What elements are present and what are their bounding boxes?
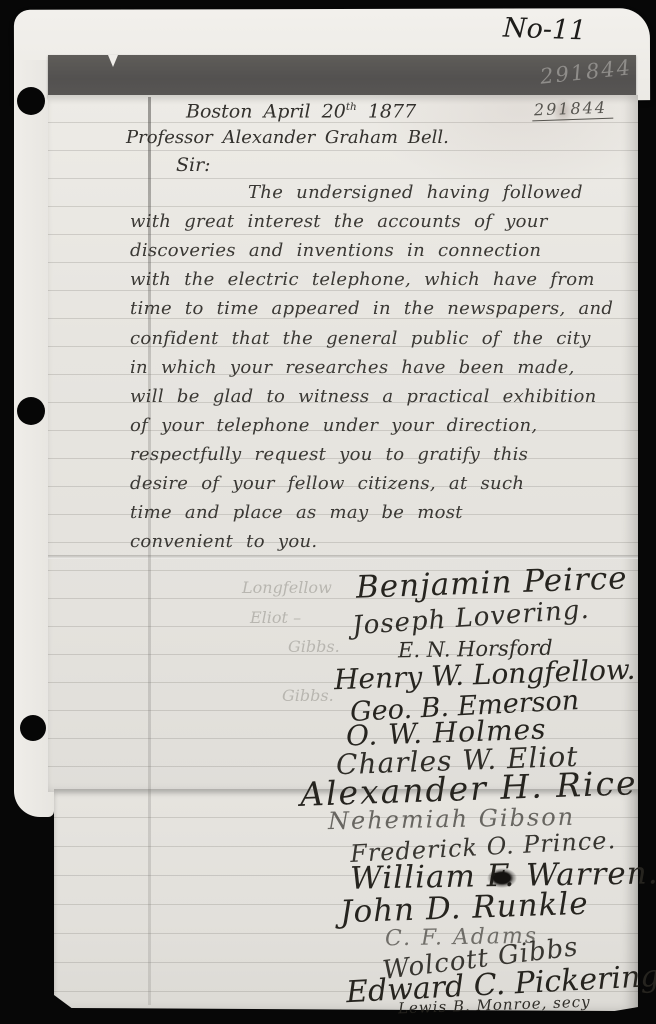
letter-body-line: discoveries and inventions in connection: [130, 242, 541, 260]
punch-hole: [17, 87, 45, 115]
stamp-number: 291844: [532, 100, 614, 122]
letter-body-line: will be glad to witness a practical exhi…: [130, 388, 597, 406]
band-notch: [108, 55, 118, 67]
letter-body-line: of your telephone under your direction,: [130, 417, 537, 435]
letter-date-year: 1877: [368, 100, 416, 122]
ghost-mark: Eliot –: [250, 610, 301, 626]
punch-hole: [20, 715, 46, 741]
letter-body-line: with the electric telephone, which have …: [130, 271, 595, 289]
letter-body-line: convenient to you.: [130, 533, 317, 551]
letter-salutation: Sir:: [176, 156, 211, 175]
letter-date-main: Boston April 20: [186, 100, 346, 122]
ghost-mark: Gibbs.: [288, 639, 340, 655]
letter-body-line: in which your researches have been made,: [130, 359, 575, 377]
letter-body-line: confident that the general public of the…: [130, 330, 591, 348]
letter-body-line: The undersigned having followed: [248, 184, 583, 202]
document-scan: No-11 291844 291844 Boston April 20th 18…: [0, 0, 656, 1024]
letter-body-line: respectfully request you to gratify this: [130, 446, 528, 464]
signature: John D. Runkle: [340, 889, 590, 929]
ghost-mark: Longfellow: [242, 580, 332, 596]
ghost-mark: Gibbs.: [282, 688, 334, 704]
signature: Lewis B. Monroe, secy: [398, 995, 591, 1017]
letter-body-line: with great interest the accounts of your: [130, 213, 548, 231]
signature: Nehemiah Gibson: [328, 805, 576, 833]
doc-number: No-11: [503, 15, 587, 45]
letter-body-line: time and place as may be most: [130, 504, 463, 522]
letter-date-ordinal: th: [346, 101, 357, 113]
letter-body-line: desire of your fellow citizens, at such: [130, 475, 524, 493]
letter-date: Boston April 20th 1877: [186, 102, 416, 121]
letter-recipient: Professor Alexander Graham Bell.: [126, 129, 449, 147]
punch-hole: [17, 397, 45, 425]
letter-body-line: time to time appeared in the newspapers,…: [130, 300, 613, 318]
page-seam: [48, 555, 638, 559]
